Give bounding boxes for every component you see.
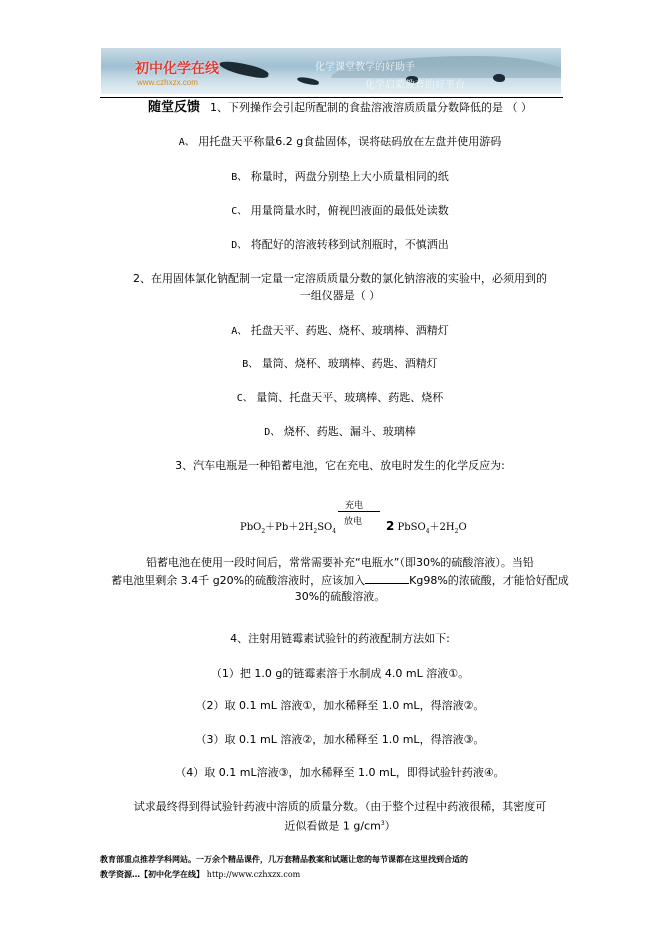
q4-step-4: （4）取 0.1 mL溶液③，加水稀释至 1.0 mL，即得试验针药液④。 (100, 766, 580, 780)
dolphin-fin-icon (493, 74, 505, 82)
footer: 教育部重点推荐学科网站。一万余个精品课件，几万套精品教案和试题让您的每节课都在这… (100, 852, 570, 882)
section-label: 随堂反馈 (148, 100, 200, 115)
q3-text-b: Kg98%的浓硫酸，才能恰好配成 (409, 574, 569, 587)
option-letter: B、 (231, 172, 247, 183)
q3-paragraph-line-1: 铅蓄电池在使用一段时间后，常常需要补充“电瓶水”（即30%的硫酸溶液）。当铅 (100, 556, 580, 570)
q4-step-3: （3）取 0.1 mL 溶液②，加水稀释至 1.0 mL，得溶液③。 (100, 733, 580, 747)
q4-stem: 4、注射用链霉素试验针的药液配制方法如下: (100, 632, 580, 646)
footer-line-1: 教育部重点推荐学科网站。一万余个精品课件，几万套精品教案和试题让您的每节课都在这… (100, 852, 570, 867)
option-text: 称量时，两盘分别垫上大小质量相同的纸 (251, 170, 449, 183)
reactant-so: SO (317, 522, 332, 533)
q2-option-b: B、 量筒、烧杯、玻璃棒、药匙、酒精灯 (100, 357, 580, 372)
q4-step-1: （1）把 1.0 g的链霉素溶于水制成 4.0 mL 溶液①。 (100, 667, 580, 681)
arrow-label-charge: 充电 (345, 498, 363, 511)
q1-option-b: B、 称量时，两盘分别垫上大小质量相同的纸 (100, 170, 580, 185)
q1-stem: 1、下列操作会引起所配制的食盐溶液溶质质量分数降低的是 （ ） (210, 101, 532, 114)
q4-question-line-1: 试求最终得到得试验针药液中溶质的质量分数。（由于整个过程中药液很稀，其密度可 (100, 800, 580, 814)
q1-option-d: D、 将配好的溶液转移到试剂瓶时，不慎洒出 (100, 238, 580, 253)
footer-line-2: 教学资源…【初中化学在线】 http://www.czhxzx.com (100, 867, 570, 882)
reactant-pb-h2: ＋Pb＋2H (265, 522, 313, 533)
option-letter: D、 (264, 427, 280, 438)
q2-stem-line-1: 2、在用固体氯化钠配制一定量一定溶质质量分数的氯化钠溶液的实验中，必须用到的 (100, 272, 580, 286)
product-pbso: PbSO (394, 522, 425, 533)
q3-stem: 3、汽车电瓶是一种铅蓄电池，它在充电、放电时发生的化学反应为: (100, 459, 580, 473)
q3-text-a: 蓄电池里剩余 3.4千 g20%的硫酸溶液时，应该加入 (111, 574, 365, 587)
q4-question-line-2: 近似看做是 1 g/cm3） (100, 817, 580, 834)
product-o: O (458, 522, 466, 533)
option-text: 将配好的溶液转移到试剂瓶时，不慎洒出 (251, 238, 449, 251)
option-text: 量筒、烧杯、玻璃棒、药匙、酒精灯 (262, 357, 438, 370)
q4-step-2: （2）取 0.1 mL 溶液①，加水稀释至 1.0 mL，得溶液②。 (100, 699, 580, 713)
option-text: 用托盘天平称量6.2 g食盐固体，误将砝码放在左盘并使用游码 (198, 135, 501, 148)
option-text: 托盘天平、药匙、烧杯、玻璃棒、酒精灯 (251, 324, 449, 337)
header-divider (100, 97, 563, 98)
banner-slogan-2: 化学启蒙教育的好平台 (365, 76, 465, 91)
equation-products: 2 PbSO4＋2H2O (386, 518, 467, 535)
q1-option-c: C、 用量筒量水时，俯视凹液面的最低处读数 (100, 204, 580, 219)
option-text: 量筒、托盘天平、玻璃棒、药匙、烧杯 (256, 391, 443, 404)
q4-question-text: 近似看做是 1 g/cm (284, 820, 380, 833)
q2-option-c: C、 量筒、托盘天平、玻璃棒、药匙、烧杯 (100, 391, 580, 406)
equation-reactants: PbO2＋Pb＋2H2SO4 (240, 518, 336, 535)
subscript: 4 (332, 528, 336, 535)
chemical-equation: PbO2＋Pb＋2H2SO4 充电 放电 2 PbSO4＋2H2O (240, 496, 470, 536)
footer-link[interactable]: http://www.czhxzx.com (207, 870, 300, 879)
banner-slogan-1: 化学课堂教学的好助手 (315, 58, 415, 73)
reversible-arrow-icon (338, 511, 380, 512)
q2-option-d: D、 烧杯、药匙、漏斗、玻璃棒 (100, 425, 580, 440)
site-banner: 初中化学在线 www.czhxzx.com 化学课堂教学的好助手 化学启蒙教育的… (101, 48, 561, 94)
footer-text: 教学资源…【初中化学在线】 (100, 870, 204, 879)
q1-option-a: A、 用托盘天平称量6.2 g食盐固体，误将砝码放在左盘并使用游码 (100, 135, 580, 150)
arrow-label-discharge: 放电 (344, 514, 362, 527)
option-letter: B、 (242, 359, 258, 370)
q2-stem-line-2: 一组仪器是（ ） (100, 289, 580, 303)
q1-stem-line: 随堂反馈1、下列操作会引起所配制的食盐溶液溶质质量分数降低的是 （ ） (100, 101, 580, 115)
brand-name: 初中化学在线 (135, 58, 219, 78)
q3-paragraph-line-3: 30%的硫酸溶液。 (100, 590, 580, 604)
dolphin-icon (218, 59, 269, 80)
answer-blank[interactable] (365, 573, 409, 584)
brand-url: www.czhxzx.com (137, 78, 198, 87)
reactant-pbo2: PbO (240, 522, 261, 533)
q3-paragraph-line-2: 蓄电池里剩余 3.4千 g20%的硫酸溶液时，应该加入Kg98%的浓硫酸，才能恰… (100, 573, 580, 588)
product-h2: ＋2H (430, 522, 455, 533)
option-letter: C、 (237, 393, 253, 404)
option-text: 烧杯、药匙、漏斗、玻璃棒 (284, 425, 416, 438)
option-letter: A、 (231, 326, 247, 337)
q2-option-a: A、 托盘天平、药匙、烧杯、玻璃棒、酒精灯 (100, 324, 580, 339)
option-letter: C、 (231, 206, 247, 217)
q4-question-close: ） (385, 820, 396, 833)
option-letter: D、 (231, 240, 247, 251)
option-text: 用量筒量水时，俯视凹液面的最低处读数 (251, 204, 449, 217)
option-letter: A、 (179, 137, 195, 148)
